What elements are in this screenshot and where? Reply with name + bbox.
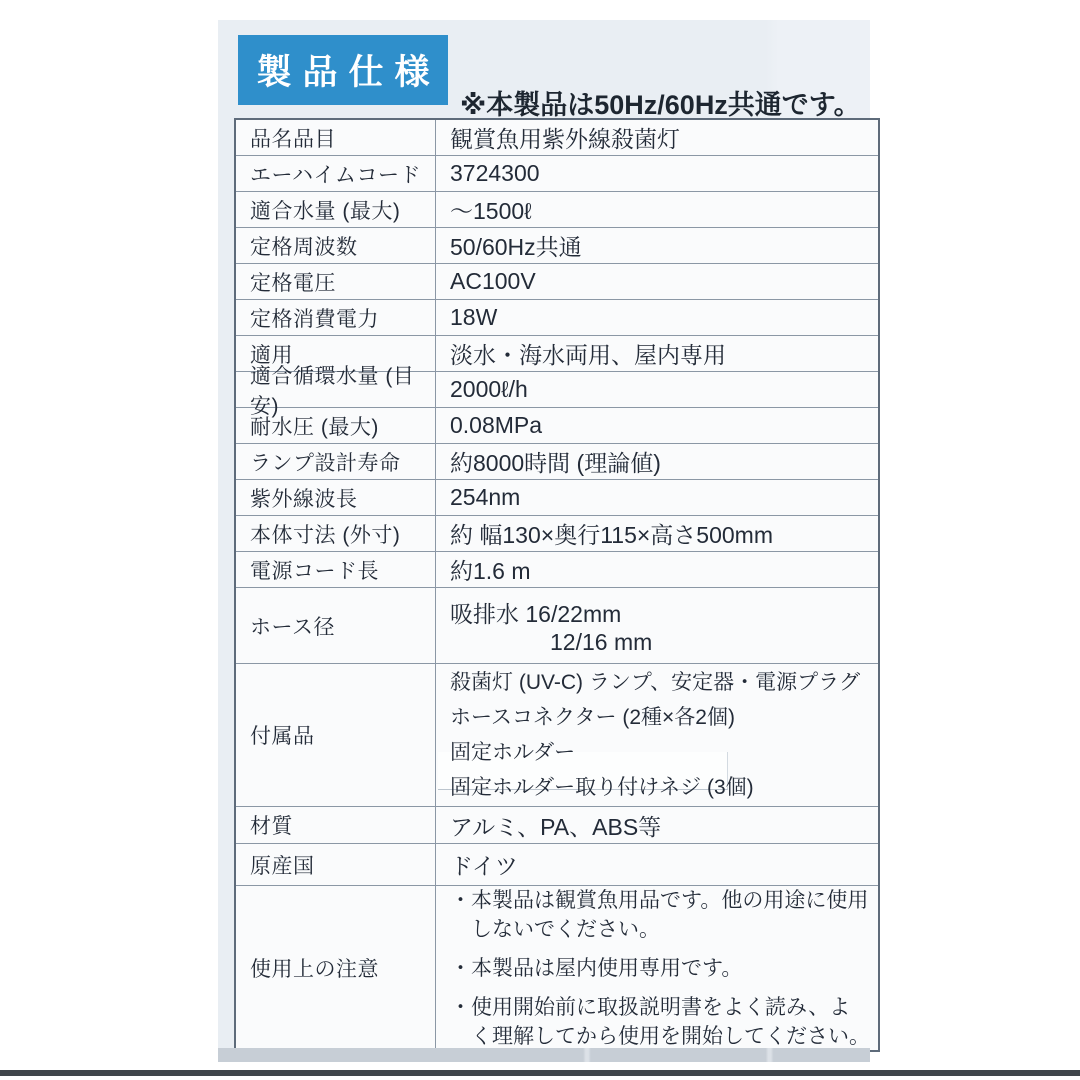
table-row-rated-voltage: 定格電圧 AC100V [236, 264, 878, 300]
section-title-box: 製品仕様 [238, 35, 448, 105]
spec-sheet-photo: 製品仕様 ※本製品は50Hz/60Hz共通です。 品名品目 観賞魚用紫外線殺菌灯… [218, 20, 870, 1062]
table-row-cord-length: 電源コード長 約1.6 m [236, 552, 878, 588]
precaution-item: ・本製品は観賞魚用品です。他の用途に使用しないでください。 [450, 886, 870, 944]
accessory-line: 殺菌灯 (UV-C) ランプ、安定器・電源プラグ [450, 665, 860, 700]
table-row-water-pressure: 耐水圧 (最大) 0.08MPa [236, 408, 878, 444]
row-label: 定格電圧 [236, 264, 436, 299]
table-row-max-water-volume: 適合水量 (最大) ～1500ℓ [236, 192, 878, 228]
table-row-rated-power: 定格消費電力 18W [236, 300, 878, 336]
row-label: ランプ設計寿命 [236, 444, 436, 479]
precaution-item: ・使用開始前に取扱説明書をよく読み、よく理解してから使用を開始してください。 [450, 993, 870, 1051]
row-value: 50/60Hz共通 [436, 228, 878, 263]
table-row-product-name: 品名品目 観賞魚用紫外線殺菌灯 [236, 120, 878, 156]
row-value: 吸排水 16/22mm 12/16 mm [436, 588, 878, 663]
table-row-accessories: 付属品 殺菌灯 (UV-C) ランプ、安定器・電源プラグ ホースコネクター (2… [236, 664, 878, 807]
row-label: 品名品目 [236, 120, 436, 155]
row-value: 254nm [436, 480, 878, 515]
row-value: 淡水・海水両用、屋内専用 [436, 336, 878, 371]
row-label: 電源コード長 [236, 552, 436, 587]
hose-line-1: 吸排水 16/22mm [450, 596, 621, 629]
accessory-line: ホースコネクター (2種×各2個) [450, 700, 735, 735]
row-value: アルミ、PA、ABS等 [436, 807, 878, 843]
table-row-material: 材質 アルミ、PA、ABS等 [236, 807, 878, 844]
row-label: 耐水圧 (最大) [236, 408, 436, 443]
bottom-divider-bar [0, 1070, 1080, 1076]
precaution-item: ・本製品は屋内使用専用です。 [450, 954, 742, 983]
row-value: 0.08MPa [436, 408, 878, 443]
row-value: 殺菌灯 (UV-C) ランプ、安定器・電源プラグ ホースコネクター (2種×各2… [436, 664, 878, 806]
row-value: 観賞魚用紫外線殺菌灯 [436, 120, 878, 155]
spec-table: 品名品目 観賞魚用紫外線殺菌灯 エーハイムコード 3724300 適合水量 (最… [234, 118, 880, 1052]
row-value: AC100V [436, 264, 878, 299]
hose-line-2: 12/16 mm [450, 629, 652, 656]
accessory-line: 固定ホルダー [450, 735, 575, 770]
row-label: 材質 [236, 807, 436, 843]
row-label: 紫外線波長 [236, 480, 436, 515]
accessory-line: 固定ホルダー取り付けネジ (3個) [450, 770, 754, 805]
table-row-lamp-life: ランプ設計寿命 約8000時間 (理論値) [236, 444, 878, 480]
photo-bottom-band [218, 1048, 870, 1062]
row-label: 適合水量 (最大) [236, 192, 436, 227]
table-row-hose-diameter: ホース径 吸排水 16/22mm 12/16 mm [236, 588, 878, 664]
page-title: 製品仕様 [245, 45, 440, 95]
row-value: 3724300 [436, 156, 878, 191]
row-label: 使用上の注意 [236, 886, 436, 1050]
row-value: 約8000時間 (理論値) [436, 444, 878, 479]
table-row-usage-precautions: 使用上の注意 ・本製品は観賞魚用品です。他の用途に使用しないでください。 ・本製… [236, 886, 878, 1050]
table-row-uv-wavelength: 紫外線波長 254nm [236, 480, 878, 516]
row-value: ～1500ℓ [436, 192, 878, 227]
row-label: 原産国 [236, 844, 436, 885]
row-label: 付属品 [236, 664, 436, 806]
page: 製品仕様 ※本製品は50Hz/60Hz共通です。 品名品目 観賞魚用紫外線殺菌灯… [0, 0, 1080, 1080]
row-label: ホース径 [236, 588, 436, 663]
row-label: 定格消費電力 [236, 300, 436, 335]
table-row-rated-frequency: 定格周波数 50/60Hz共通 [236, 228, 878, 264]
table-row-eheim-code: エーハイムコード 3724300 [236, 156, 878, 192]
row-value: 2000ℓ/h [436, 372, 878, 407]
row-label: エーハイムコード [236, 156, 436, 191]
table-row-dimensions: 本体寸法 (外寸) 約 幅130×奥行115×高さ500mm [236, 516, 878, 552]
row-label: 本体寸法 (外寸) [236, 516, 436, 551]
row-label: 定格周波数 [236, 228, 436, 263]
row-value: ドイツ [436, 844, 878, 885]
row-value: 18W [436, 300, 878, 335]
table-row-country-of-origin: 原産国 ドイツ [236, 844, 878, 886]
row-label: 適合循環水量 (目安) [236, 372, 436, 407]
row-value: 約1.6 m [436, 552, 878, 587]
row-value: ・本製品は観賞魚用品です。他の用途に使用しないでください。 ・本製品は屋内使用専… [436, 886, 878, 1050]
table-row-circulation-volume: 適合循環水量 (目安) 2000ℓ/h [236, 372, 878, 408]
frequency-note: ※本製品は50Hz/60Hz共通です。 [460, 83, 861, 122]
row-value: 約 幅130×奥行115×高さ500mm [436, 516, 878, 551]
